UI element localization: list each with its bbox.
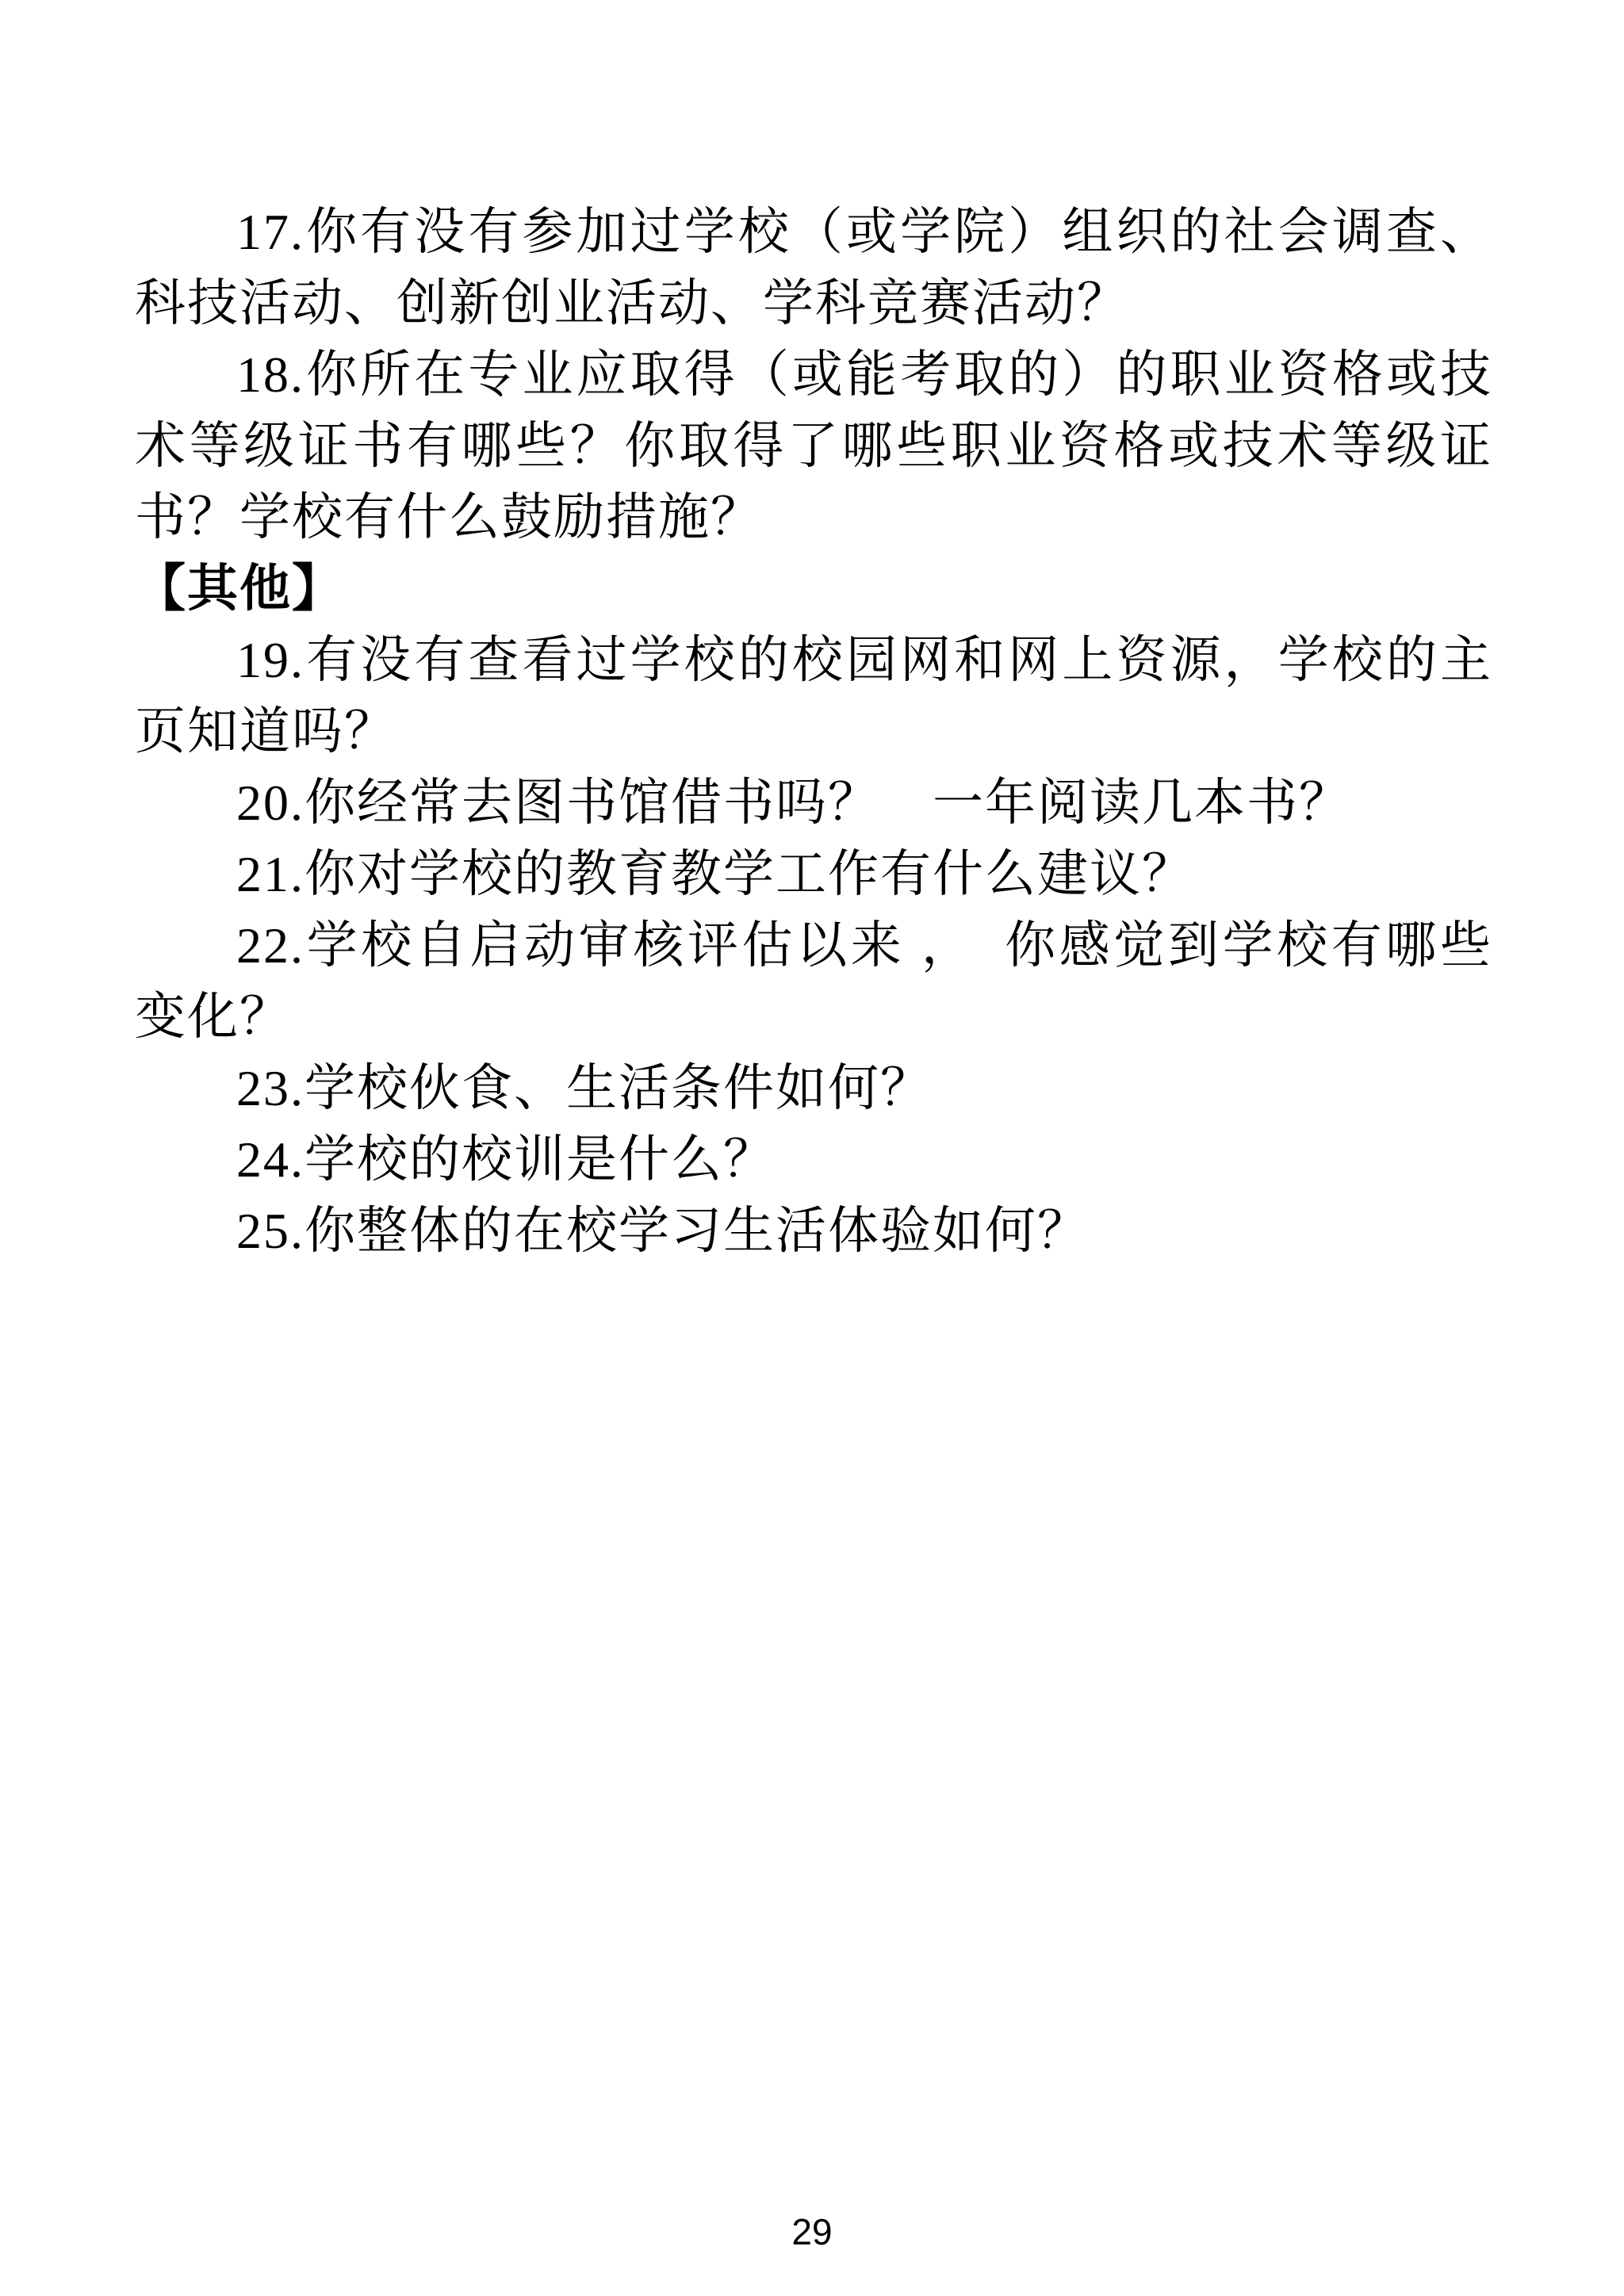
question-20: 20.你经常去图书馆借书吗？ 一年阅读几本书？ bbox=[135, 767, 1492, 839]
question-23: 23.学校伙食、生活条件如何？ bbox=[135, 1053, 1492, 1124]
question-17: 17.你有没有参加过学校（或学院）组织的社会调查、科技活动、创新创业活动、学科竞… bbox=[135, 197, 1492, 339]
question-18: 18.你所在专业应取得（或能考取的）的职业资格或技术等级证书有哪些？你取得了哪些… bbox=[135, 339, 1492, 553]
section-heading-other: 【其他】 bbox=[135, 553, 1492, 625]
document-body: 17.你有没有参加过学校（或学院）组织的社会调查、科技活动、创新创业活动、学科竞… bbox=[135, 197, 1492, 1267]
document-page: 17.你有没有参加过学校（或学院）组织的社会调查、科技活动、创新创业活动、学科竞… bbox=[0, 0, 1624, 2296]
question-22: 22.学校自启动审核评估以来 ， 你感觉到学校有哪些变化？ bbox=[135, 910, 1492, 1053]
question-24: 24.学校的校训是什么？ bbox=[135, 1124, 1492, 1196]
question-25: 25.你整体的在校学习生活体验如何？ bbox=[135, 1196, 1492, 1267]
question-19: 19.有没有查看过学校的校园网和网上资源，学校的主页知道吗？ bbox=[135, 625, 1492, 767]
page-number: 29 bbox=[0, 2214, 1624, 2250]
question-21: 21.你对学校的教育教学工作有什么建议？ bbox=[135, 839, 1492, 910]
